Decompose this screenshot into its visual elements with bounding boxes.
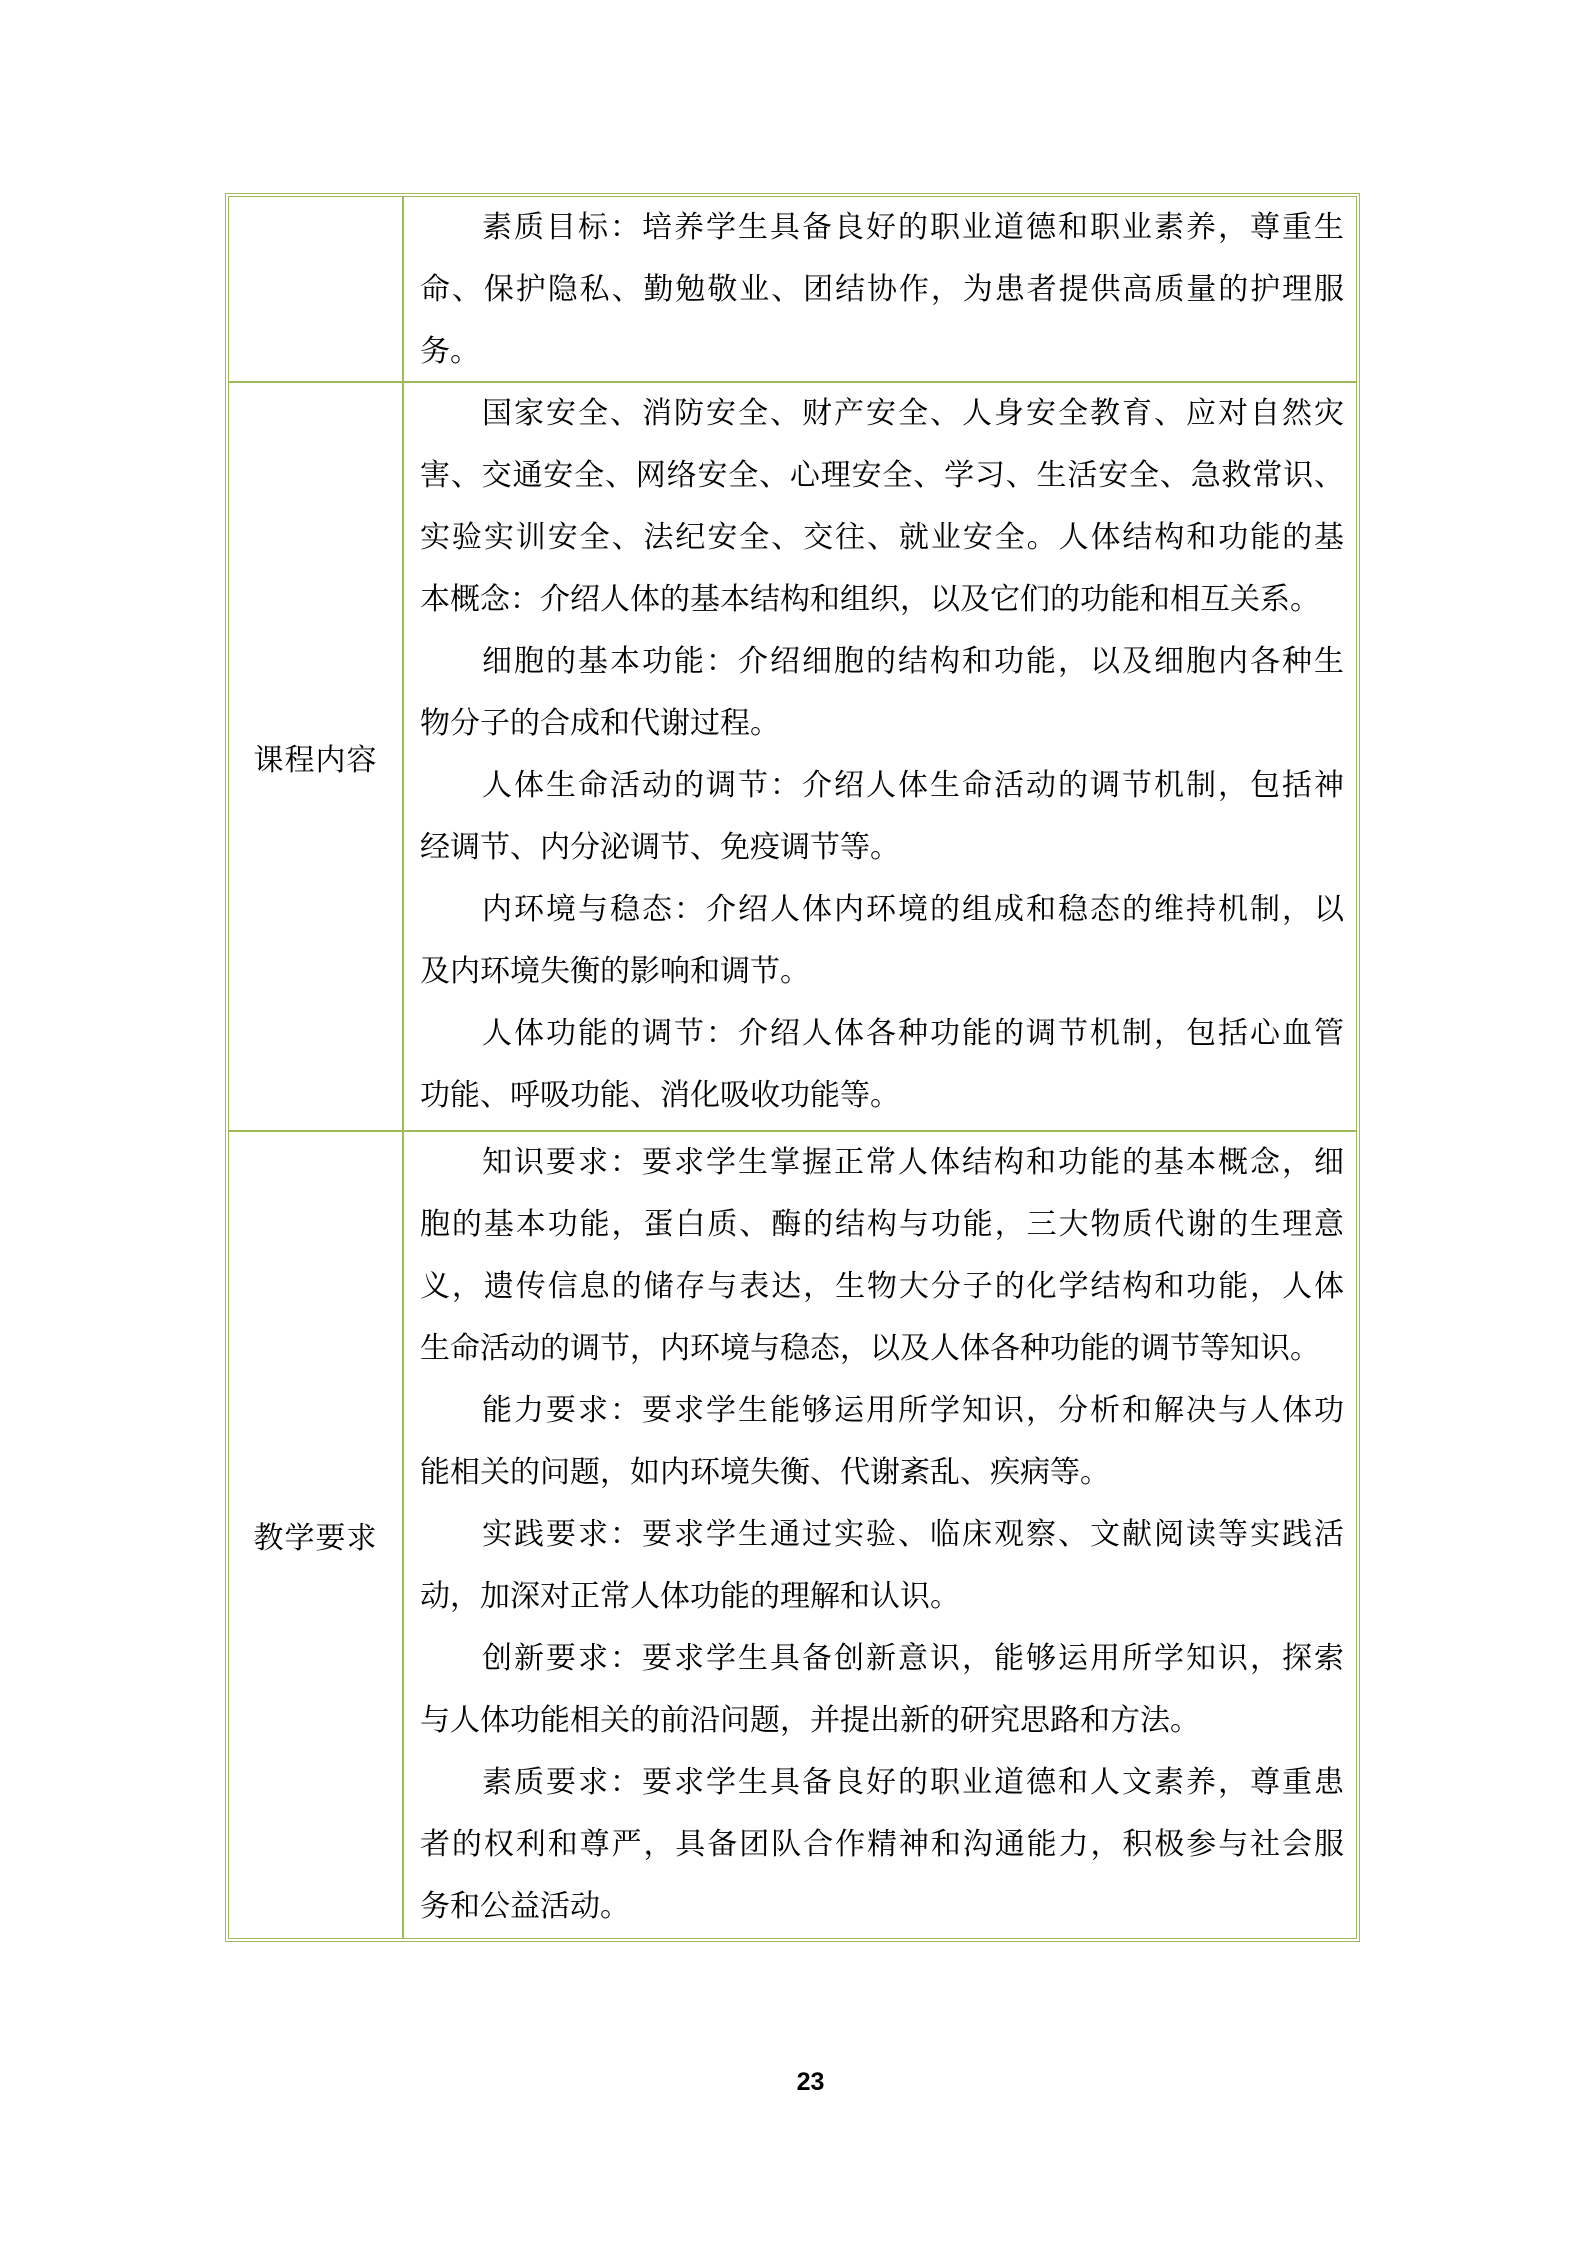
row-label-1: 课程内容 [229, 383, 404, 1132]
text-line: 内环境与稳态：介绍人体内环境的组成和稳态的维持机制，以 [420, 879, 1344, 941]
text-line: 及内环境失衡的影响和调节。 [420, 941, 1344, 1003]
text-line: 国家安全、消防安全、财产安全、人身安全教育、应对自然灾 [420, 383, 1344, 445]
text-line: 人体功能的调节：介绍人体各种功能的调节机制，包括心血管 [420, 1003, 1344, 1065]
text-line: 实践要求：要求学生通过实验、临床观察、文献阅读等实践活 [420, 1504, 1344, 1566]
text-line: 命、保护隐私、勤勉敬业、团结协作，为患者提供高质量的护理服 [420, 259, 1344, 321]
text-line: 能相关的问题，如内环境失衡、代谢紊乱、疾病等。 [420, 1442, 1344, 1504]
text-line: 实验实训安全、法纪安全、交往、就业安全。人体结构和功能的基 [420, 507, 1344, 569]
text-line: 功能、呼吸功能、消化吸收功能等。 [420, 1065, 1344, 1127]
document-page: { "page": { "page_number": "23" }, "colo… [0, 0, 1587, 2245]
row-content-1: 国家安全、消防安全、财产安全、人身安全教育、应对自然灾害、交通安全、网络安全、心… [404, 383, 1356, 1132]
text-line: 务。 [420, 321, 1344, 383]
text-line: 害、交通安全、网络安全、心理安全、学习、生活安全、急救常识、 [420, 445, 1344, 507]
text-line: 人体生命活动的调节：介绍人体生命活动的调节机制，包括神 [420, 755, 1344, 817]
text-line: 义，遗传信息的储存与表达，生物大分子的化学结构和功能，人体 [420, 1256, 1344, 1318]
row-content-0: 素质目标：培养学生具备良好的职业道德和职业素养，尊重生命、保护隐私、勤勉敬业、团… [404, 197, 1356, 383]
page-number: 23 [17, 2068, 1587, 2097]
text-line: 与人体功能相关的前沿问题，并提出新的研究思路和方法。 [420, 1690, 1344, 1752]
text-line: 本概念：介绍人体的基本结构和组织，以及它们的功能和相互关系。 [420, 569, 1344, 631]
row-content-2: 知识要求：要求学生掌握正常人体结构和功能的基本概念，细胞的基本功能，蛋白质、酶的… [404, 1132, 1356, 1938]
text-line: 务和公益活动。 [420, 1876, 1344, 1938]
text-line: 能力要求：要求学生能够运用所学知识，分析和解决与人体功 [420, 1380, 1344, 1442]
text-line: 细胞的基本功能：介绍细胞的结构和功能，以及细胞内各种生 [420, 631, 1344, 693]
text-line: 生命活动的调节，内环境与稳态，以及人体各种功能的调节等知识。 [420, 1318, 1344, 1380]
text-line: 素质目标：培养学生具备良好的职业道德和职业素养，尊重生 [420, 197, 1344, 259]
course-table: 素质目标：培养学生具备良好的职业道德和职业素养，尊重生命、保护隐私、勤勉敬业、团… [225, 193, 1360, 1942]
text-line: 胞的基本功能，蛋白质、酶的结构与功能，三大物质代谢的生理意 [420, 1194, 1344, 1256]
text-line: 素质要求：要求学生具备良好的职业道德和人文素养，尊重患 [420, 1752, 1344, 1814]
text-line: 经调节、内分泌调节、免疫调节等。 [420, 817, 1344, 879]
text-line: 动，加深对正常人体功能的理解和认识。 [420, 1566, 1344, 1628]
row-label-2: 教学要求 [229, 1132, 404, 1938]
text-line: 者的权利和尊严，具备团队合作精神和沟通能力，积极参与社会服 [420, 1814, 1344, 1876]
text-line: 知识要求：要求学生掌握正常人体结构和功能的基本概念，细 [420, 1132, 1344, 1194]
text-line: 创新要求：要求学生具备创新意识，能够运用所学知识，探索 [420, 1628, 1344, 1690]
text-line: 物分子的合成和代谢过程。 [420, 693, 1344, 755]
row-label-0 [229, 197, 404, 383]
